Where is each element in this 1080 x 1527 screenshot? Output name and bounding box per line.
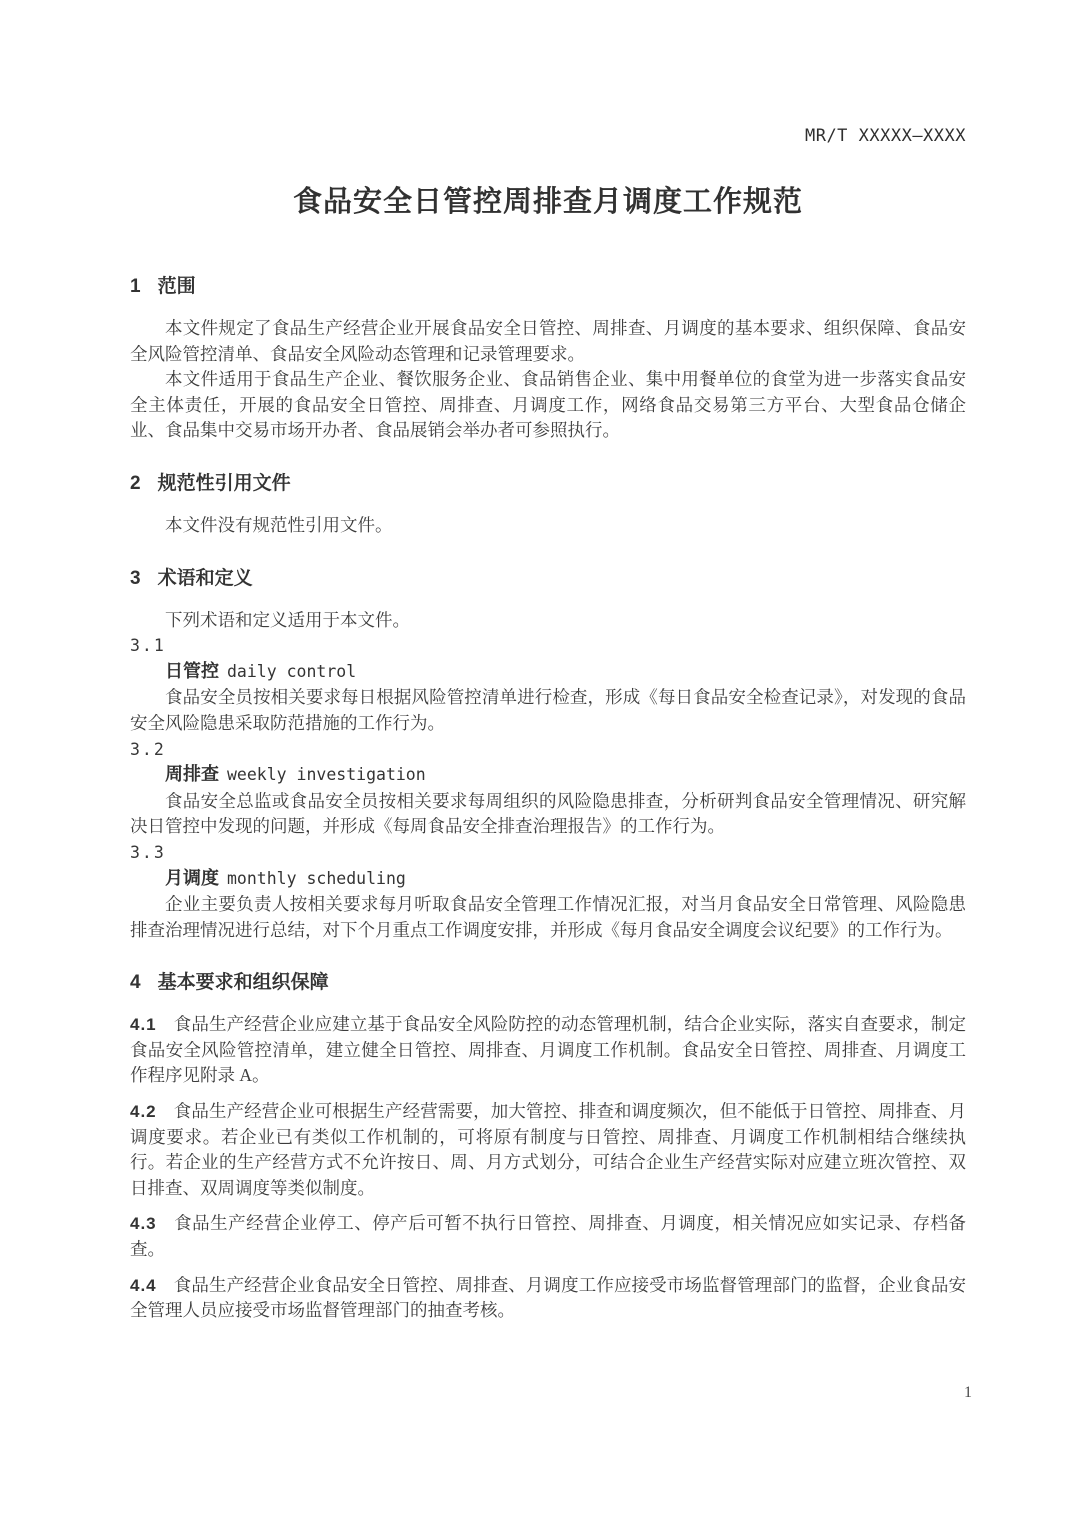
term-title: 日管控daily control <box>130 659 966 686</box>
section-heading-text: 范围 <box>158 276 196 297</box>
section-number: 4 <box>130 972 141 993</box>
clause-text: 食品生产经营企业停工、停产后可暂不执行日管控、周排查、月调度，相关情况应如实记录… <box>130 1213 966 1259</box>
section-terms-definitions: 3术语和定义 下列术语和定义适用于本文件。 3.1 日管控daily contr… <box>130 566 966 944</box>
term-chinese: 周排查 <box>165 764 219 784</box>
clause-number: 4.2 <box>130 1102 157 1121</box>
term-definition: 食品安全总监或食品安全员按相关要求每周组织的风险隐患排查，分析研判食品安全管理情… <box>130 789 966 840</box>
term-title: 月调度monthly scheduling <box>130 866 966 893</box>
section-scope: 1范围 本文件规定了食品生产经营企业开展食品安全日管控、周排查、月调度的基本要求… <box>130 274 966 444</box>
terms-intro: 下列术语和定义适用于本文件。 <box>130 608 966 634</box>
clause: 4.3食品生产经营企业停工、停产后可暂不执行日管控、周排查、月调度，相关情况应如… <box>130 1211 966 1262</box>
clause-number: 4.4 <box>130 1276 157 1295</box>
clause: 4.2食品生产经营企业可根据生产经营需要，加大管控、排查和调度频次，但不能低于日… <box>130 1099 966 1201</box>
standard-reference: MR/T XXXXX—XXXX <box>130 0 966 146</box>
clause-text: 食品生产经营企业可根据生产经营需要，加大管控、排查和调度频次，但不能低于日管控、… <box>130 1101 966 1198</box>
section-normative-references: 2规范性引用文件 本文件没有规范性引用文件。 <box>130 471 966 539</box>
clause-number: 4.3 <box>130 1214 157 1233</box>
section-heading-text: 规范性引用文件 <box>158 473 291 494</box>
term-block: 3.2 周排查weekly investigation 食品安全总监或食品安全员… <box>130 737 966 840</box>
section-heading: 3术语和定义 <box>130 566 966 591</box>
paragraph: 本文件规定了食品生产经营企业开展食品安全日管控、周排查、月调度的基本要求、组织保… <box>130 316 966 367</box>
term-definition: 企业主要负责人按相关要求每月听取食品安全管理工作情况汇报，对当月食品安全日常管理… <box>130 892 966 943</box>
term-title: 周排查weekly investigation <box>130 762 966 789</box>
paragraph: 本文件适用于食品生产企业、餐饮服务企业、食品销售企业、集中用餐单位的食堂为进一步… <box>130 367 966 444</box>
section-number: 1 <box>130 276 141 297</box>
document-page: MR/T XXXXX—XXXX 食品安全日管控周排查月调度工作规范 1范围 本文… <box>0 0 1080 1527</box>
term-definition: 食品安全员按相关要求每日根据风险管控清单进行检查，形成《每日食品安全检查记录》，… <box>130 685 966 736</box>
term-chinese: 月调度 <box>165 868 219 888</box>
section-number: 2 <box>130 473 141 494</box>
term-english: daily control <box>227 662 356 681</box>
term-chinese: 日管控 <box>165 661 219 681</box>
section-number: 3 <box>130 568 141 589</box>
section-heading: 2规范性引用文件 <box>130 471 966 496</box>
term-number: 3.1 <box>130 633 966 659</box>
term-number: 3.3 <box>130 840 966 866</box>
page-number: 1 <box>964 1384 972 1402</box>
section-heading-text: 术语和定义 <box>158 568 253 589</box>
paragraph: 本文件没有规范性引用文件。 <box>130 513 966 539</box>
term-english: weekly investigation <box>227 765 426 784</box>
clause-text: 食品生产经营企业食品安全日管控、周排查、月调度工作应接受市场监督管理部门的监督，… <box>130 1275 966 1321</box>
section-basic-requirements: 4基本要求和组织保障 4.1食品生产经营企业应建立基于食品安全风险防控的动态管理… <box>130 970 966 1324</box>
clause: 4.4食品生产经营企业食品安全日管控、周排查、月调度工作应接受市场监督管理部门的… <box>130 1273 966 1324</box>
term-english: monthly scheduling <box>227 869 406 888</box>
clause-text: 食品生产经营企业应建立基于食品安全风险防控的动态管理机制，结合企业实际，落实自查… <box>130 1014 966 1085</box>
clause-number: 4.1 <box>130 1015 157 1034</box>
document-content: MR/T XXXXX—XXXX 食品安全日管控周排查月调度工作规范 1范围 本文… <box>130 0 966 1324</box>
document-title: 食品安全日管控周排查月调度工作规范 <box>130 182 966 222</box>
clause: 4.1食品生产经营企业应建立基于食品安全风险防控的动态管理机制，结合企业实际，落… <box>130 1012 966 1089</box>
section-heading-text: 基本要求和组织保障 <box>158 972 329 993</box>
term-block: 3.1 日管控daily control 食品安全员按相关要求每日根据风险管控清… <box>130 633 966 736</box>
term-number: 3.2 <box>130 737 966 763</box>
section-heading: 1范围 <box>130 274 966 299</box>
term-block: 3.3 月调度monthly scheduling 企业主要负责人按相关要求每月… <box>130 840 966 943</box>
section-heading: 4基本要求和组织保障 <box>130 970 966 995</box>
